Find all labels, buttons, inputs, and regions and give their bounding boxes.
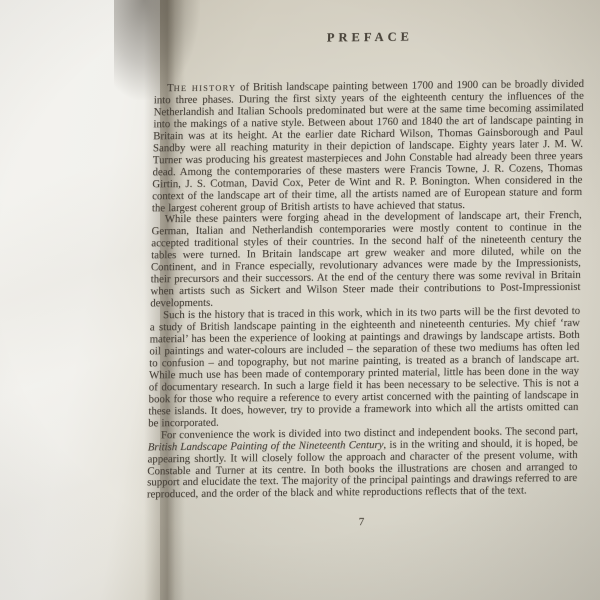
paragraph-1: THE HISTORY of British landscape paintin… — [152, 79, 584, 215]
preface-heading: PREFACE — [155, 28, 585, 48]
preface-body: THE HISTORY of British landscape paintin… — [147, 79, 584, 502]
paragraph-3: Such is the history that is traced in th… — [148, 306, 580, 430]
paragraph-1-text: of British landscape painting between 17… — [152, 78, 584, 214]
paragraph-4: For convenience the work is divided into… — [147, 425, 578, 501]
smallcaps-lead: HE HISTORY — [174, 83, 237, 93]
paragraph-2: While these painters were forging ahead … — [150, 210, 582, 310]
printed-text-block: PREFACE THE HISTORY of British landscape… — [146, 28, 585, 531]
book-photo: PREFACE THE HISTORY of British landscape… — [0, 0, 600, 600]
